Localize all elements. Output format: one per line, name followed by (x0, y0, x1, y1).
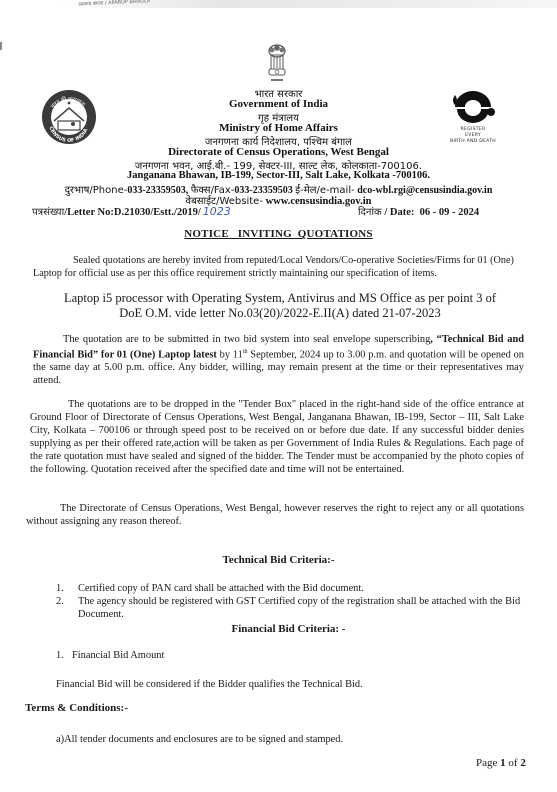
letter-date: दिनांक / Date: 06 - 09 - 2024 (358, 204, 479, 218)
address: Janganana Bhawan, IB-199, Sector-III, Sa… (0, 170, 557, 181)
website-link[interactable]: www.censusindia.gov.in (266, 196, 372, 207)
technical-bid-item: 1.Certified copy of PAN card shall be at… (56, 582, 516, 595)
intro-paragraph: Sealed quotations are hereby invited fro… (33, 254, 524, 280)
financial-bid-heading: Financial Bid Criteria: - (10, 623, 557, 635)
handwritten-number: 1023 (203, 205, 231, 218)
national-emblem-icon (262, 42, 292, 86)
census-of-india-logo-icon: CENSUS OF INDIA भारत की जनगणना (40, 88, 98, 146)
laptop-specification: Laptop i5 processor with Operating Syste… (60, 291, 500, 321)
technical-bid-heading: Technical Bid Criteria:- (0, 554, 557, 566)
submission-paragraph: The quotation are to be submitted in two… (33, 333, 524, 387)
notice-title: NOTICE INVITING QUOTATIONS (0, 228, 557, 240)
ministry-title: Ministry of Home Affairs (100, 122, 457, 134)
technical-bid-item: 2.The agency should be registered with G… (56, 595, 538, 621)
financial-bid-note: Financial Bid will be considered if the … (56, 678, 363, 691)
page-number: Page 1 of 2 (476, 757, 526, 769)
govt-title: Government of India (100, 98, 457, 110)
letter-number: पत्रसंख्या/Letter No:D.21030/Estt./2019/… (32, 204, 231, 218)
financial-bid-item: 1.Financial Bid Amount (56, 649, 164, 662)
reserve-right-paragraph: The Directorate of Census Operations, We… (26, 502, 524, 528)
terms-heading: Terms & Conditions:- (25, 702, 128, 714)
terms-item: a)All tender documents and enclosures ar… (56, 733, 343, 746)
tender-box-paragraph: The quotations are to be dropped in the … (30, 398, 524, 476)
margin-mark (0, 42, 2, 50)
directorate-title: Directorate of Census Operations, West B… (100, 146, 457, 158)
